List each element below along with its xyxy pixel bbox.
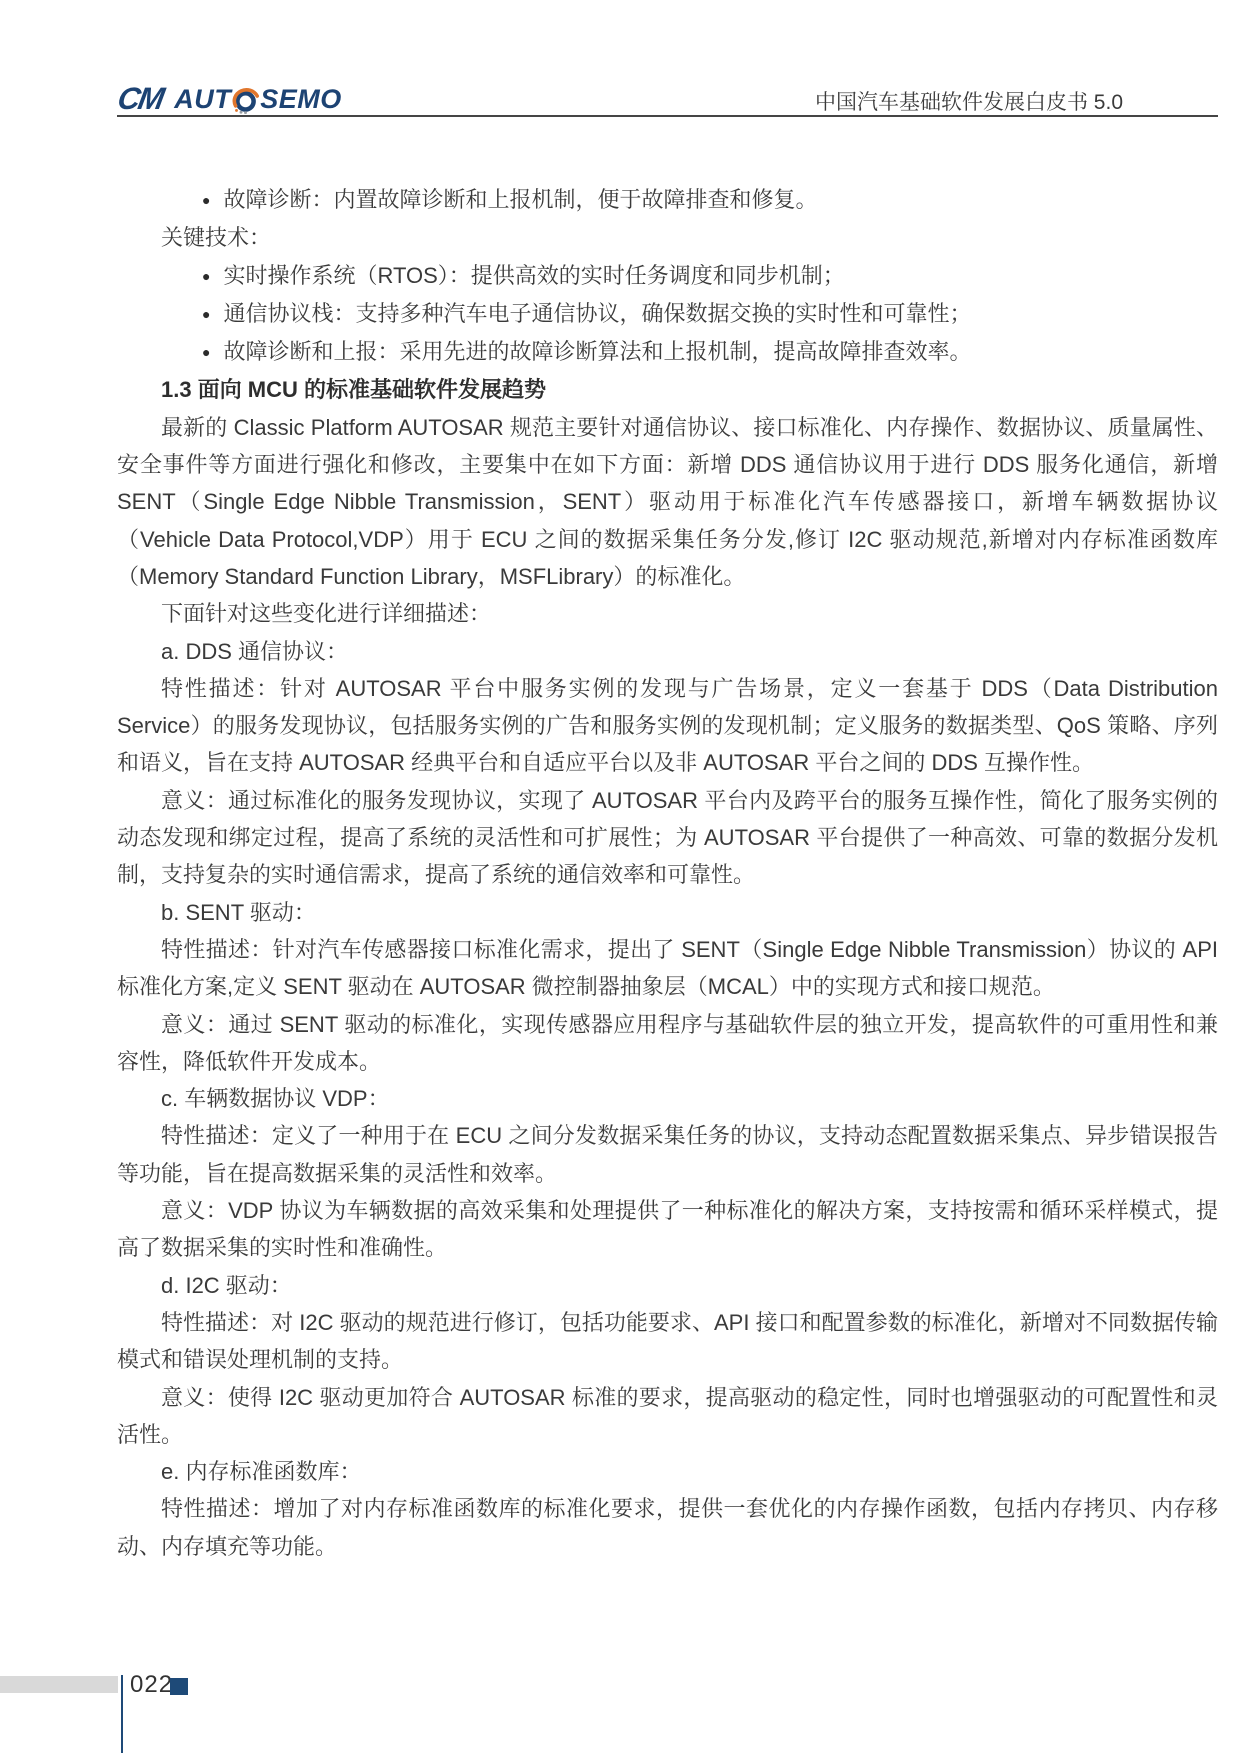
bullet-item: ●故障诊断和上报：采用先进的故障诊断算法和上报机制，提高故障排查效率。 xyxy=(117,333,1218,371)
body-text: 实时操作系统（RTOS）：提供高效的实时任务调度和同步机制； xyxy=(223,263,844,288)
paragraph: 特性描述：针对 AUTOSAR 平台中服务实例的发现与广告场景，定义一套基于 D… xyxy=(117,670,1218,782)
page-header: CM AUT SEMO 中国汽车基础软件发展白皮书 5.0 xyxy=(117,0,1218,117)
document-title: 中国汽车基础软件发展白皮书 5.0 xyxy=(815,86,1123,116)
bullet-item: ●通信协议栈：支持多种汽车电子通信协议，确保数据交换的实时性和可靠性； xyxy=(117,295,1218,333)
logo-text-semo: SEMO xyxy=(260,84,342,115)
paragraph: 特性描述：针对汽车传感器接口标准化需求，提出了 SENT（Single Edge… xyxy=(117,931,1218,1006)
page-number: 022 xyxy=(130,1671,173,1699)
paragraph: 意义：通过标准化的服务发现协议，实现了 AUTOSAR 平台内及跨平台的服务互操… xyxy=(117,782,1218,894)
logo-wordmark: AUT SEMO xyxy=(174,84,342,115)
logo-o-swirl-icon xyxy=(232,87,259,114)
footer-gray-bar xyxy=(0,1676,118,1693)
body-text: 通信协议栈：支持多种汽车电子通信协议，确保数据交换的实时性和可靠性； xyxy=(223,301,971,326)
logo-cm-mark: CM xyxy=(115,81,166,117)
paragraph: a. DDS 通信协议： xyxy=(117,633,1218,670)
footer-square-icon xyxy=(170,1678,188,1695)
paragraph: c. 车辆数据协议 VDP： xyxy=(117,1080,1218,1117)
paragraph: 意义：VDP 协议为车辆数据的高效采集和处理提供了一种标准化的解决方案，支持按需… xyxy=(117,1192,1218,1267)
paragraph: e. 内存标准函数库： xyxy=(117,1453,1218,1490)
body-text: 故障诊断：内置故障诊断和上报机制，便于故障排查和修复。 xyxy=(223,187,817,212)
autosemo-logo: CM AUT SEMO xyxy=(118,84,342,114)
body-text: 故障诊断和上报：采用先进的故障诊断算法和上报机制，提高故障排查效率。 xyxy=(223,339,971,364)
bullet-icon: ● xyxy=(202,306,210,322)
paragraph: b. SENT 驱动： xyxy=(117,894,1218,931)
paragraph: 下面针对这些变化进行详细描述： xyxy=(117,595,1218,632)
paragraph: 关键技术： xyxy=(117,219,1218,256)
bullet-item: ●故障诊断：内置故障诊断和上报机制，便于故障排查和修复。 xyxy=(117,181,1218,219)
bullet-item: ●实时操作系统（RTOS）：提供高效的实时任务调度和同步机制； xyxy=(117,257,1218,295)
section-heading: 1.3 面向 MCU 的标准基础软件发展趋势 xyxy=(117,371,1218,408)
document-body: ●故障诊断：内置故障诊断和上报机制，便于故障排查和修复。 关键技术： ●实时操作… xyxy=(117,181,1218,1565)
footer-vertical-rule xyxy=(121,1675,123,1753)
paragraph: 特性描述：增加了对内存标准函数库的标准化要求，提供一套优化的内存操作函数，包括内… xyxy=(117,1490,1218,1565)
paragraph: d. I2C 驱动： xyxy=(117,1267,1218,1304)
bullet-icon: ● xyxy=(202,192,210,208)
paragraph: 意义：通过 SENT 驱动的标准化，实现传感器应用程序与基础软件层的独立开发，提… xyxy=(117,1006,1218,1081)
paragraph: 最新的 Classic Platform AUTOSAR 规范主要针对通信协议、… xyxy=(117,409,1218,595)
logo-text-aut: AUT xyxy=(174,84,231,115)
bullet-icon: ● xyxy=(202,268,210,284)
paragraph: 特性描述：对 I2C 驱动的规范进行修订，包括功能要求、API 接口和配置参数的… xyxy=(117,1304,1218,1379)
paragraph: 意义：使得 I2C 驱动更加符合 AUTOSAR 标准的要求，提高驱动的稳定性，… xyxy=(117,1379,1218,1454)
bullet-icon: ● xyxy=(202,344,210,360)
paragraph: 特性描述：定义了一种用于在 ECU 之间分发数据采集任务的协议，支持动态配置数据… xyxy=(117,1117,1218,1192)
